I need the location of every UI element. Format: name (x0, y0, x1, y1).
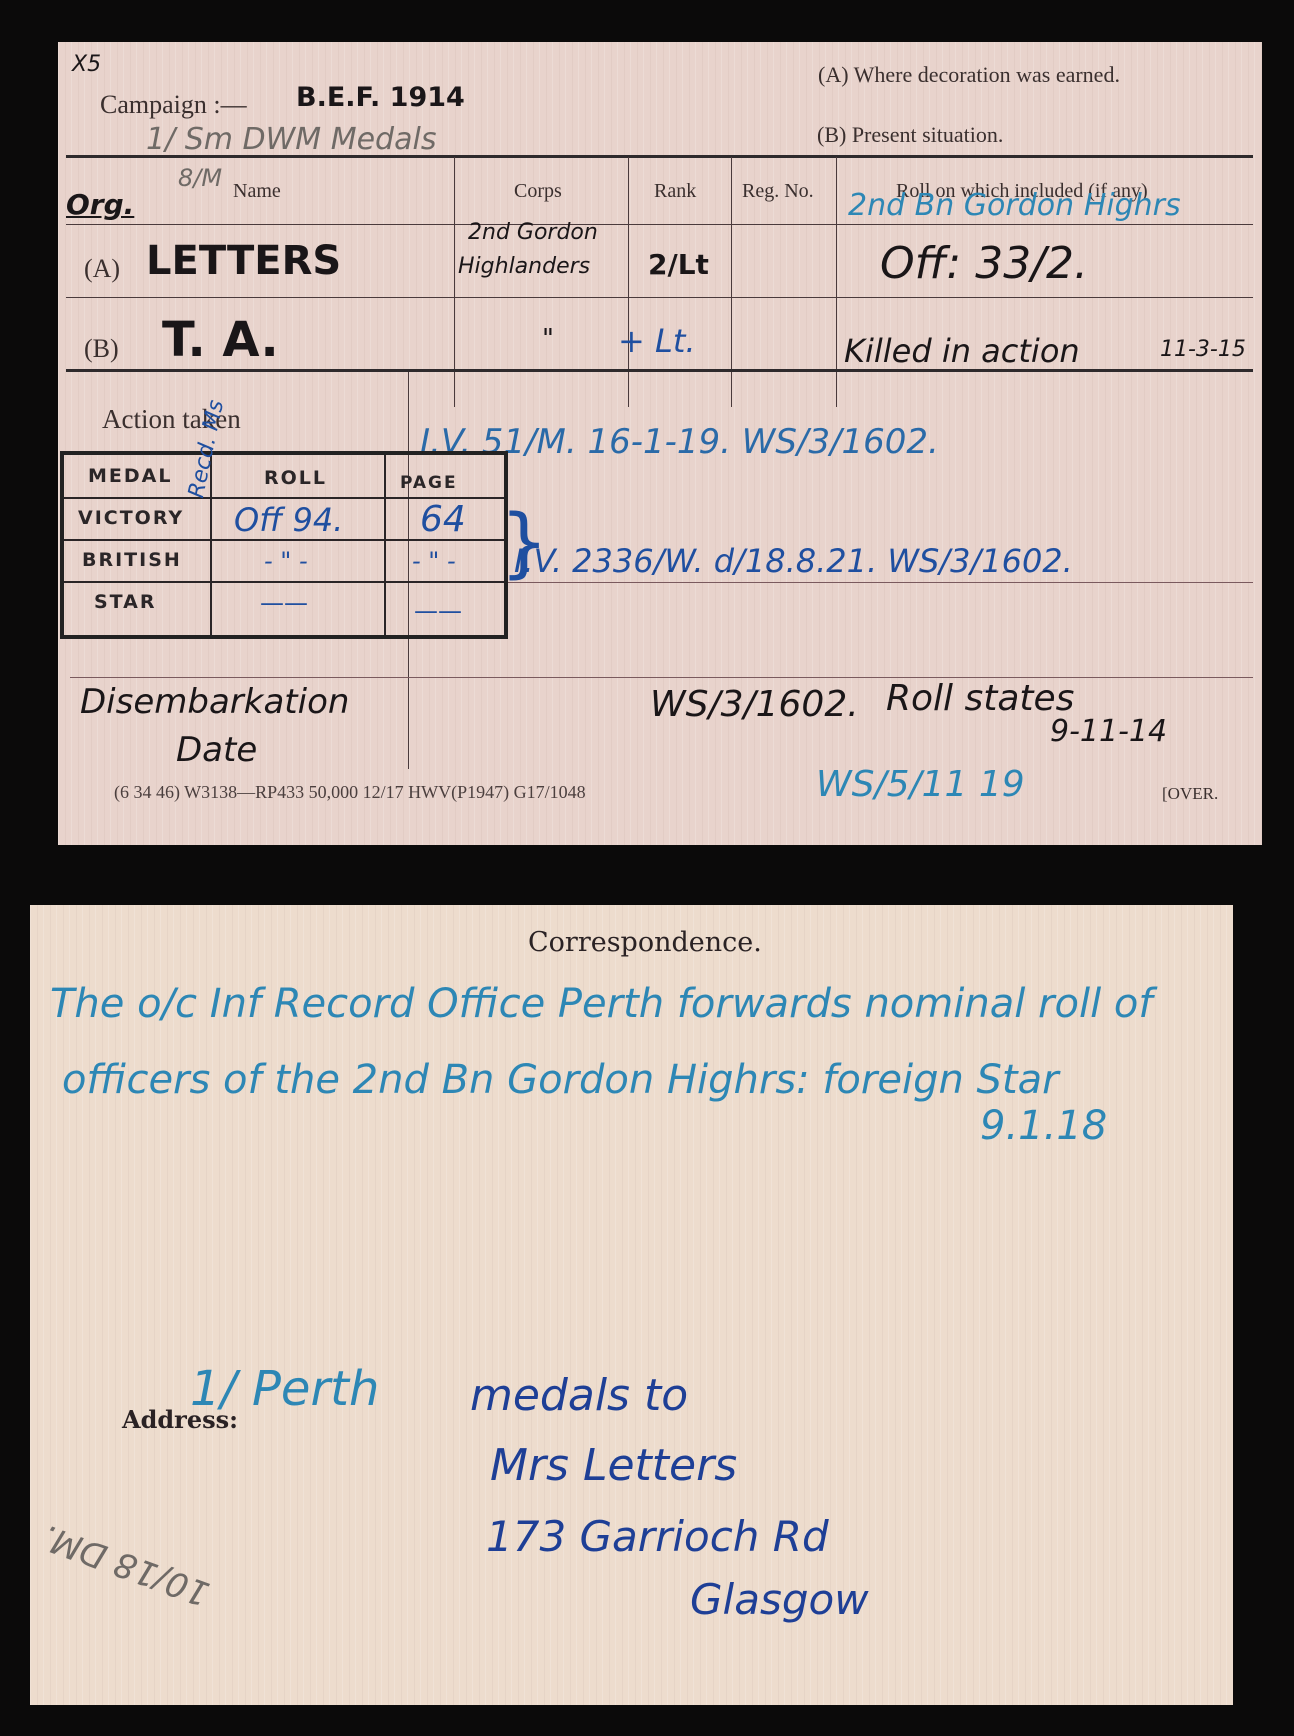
row-a-roll-note: 2nd Bn Gordon Highrs (848, 188, 1181, 223)
header-reg-no: Reg. No. (742, 180, 814, 203)
correspondence-line-2: officers of the 2nd Bn Gordon Highrs: fo… (62, 1057, 1059, 1103)
row-a-rank: 2/Lt (648, 248, 709, 281)
row-a-prefix: (A) (84, 254, 120, 284)
row-b-corps: " (542, 324, 554, 354)
address-line-1: medals to (470, 1370, 688, 1421)
roll-british: - " - (264, 547, 308, 575)
medal-star: STAR (94, 591, 157, 613)
row-a-corps-line2: Highlanders (458, 254, 590, 279)
print-line: (6 34 46) W3138—RP433 50,000 12/17 HWV(P… (114, 782, 586, 803)
address-line-4: Glasgow (690, 1575, 869, 1624)
address-perth: 1/ Perth (190, 1361, 379, 1417)
corner-note: 10/18 DM. (36, 1516, 214, 1613)
row-b-rank: + Lt. (618, 322, 696, 360)
row-b-name: T. A. (162, 312, 279, 368)
legend-where-earned: (A) Where decoration was earned. (818, 62, 1120, 88)
address-line-2: Mrs Letters (490, 1440, 737, 1491)
correspondence-title: Correspondence. (528, 927, 762, 958)
medal-victory: VICTORY (78, 507, 184, 529)
legend-present-situation: (B) Present situation. (817, 122, 1003, 148)
corner-mark: X5 (72, 52, 101, 77)
row-a-name: LETTERS (146, 238, 341, 284)
divider (66, 155, 1253, 158)
disembarkation-date: 9-11-14 (1050, 714, 1167, 749)
divider (66, 224, 1253, 225)
row-a-roll: Off: 33/2. (880, 238, 1088, 289)
correspondence-date: 9.1.18 (980, 1103, 1107, 1149)
medal-index-card-back: Correspondence. The o/c Inf Record Offic… (30, 905, 1233, 1705)
medal-header-medal: MEDAL (88, 465, 172, 487)
action-entry-2: I.V. 2336/W. d/18.8.21. WS/3/1602. (514, 542, 1073, 580)
medal-british: BRITISH (82, 549, 182, 571)
divider (66, 297, 1253, 298)
medal-header-page: PAGE (400, 473, 458, 493)
campaign-value: B.E.F. 1914 (296, 82, 465, 113)
disembarkation-label: Disembarkation (80, 682, 349, 722)
row-b-situation: Killed in action (844, 332, 1080, 370)
address-line-3: 173 Garrioch Rd (486, 1512, 829, 1561)
medal-index-card-front: X5 Campaign :— B.E.F. 1914 1/ Sm DWM Med… (58, 42, 1262, 845)
header-corps: Corps (514, 180, 562, 203)
roll-victory: Off 94. (234, 501, 343, 539)
row-b-situation-date: 11-3-15 (1160, 337, 1246, 362)
medal-table: MEDAL ROLL PAGE Recd. Ms VICTORY Off 94.… (60, 451, 508, 639)
print-annotation: WS/5/11 19 (816, 764, 1025, 805)
row-b-prefix: (B) (84, 334, 119, 364)
row-a-corps-line1: 2nd Gordon (468, 220, 598, 245)
disembarkation-ref: WS/3/1602. (650, 684, 859, 725)
roll-star: —— (260, 589, 308, 617)
disembarkation-note: Roll states (886, 678, 1074, 719)
name-annotation: 8/M (178, 164, 222, 192)
header-name: Name (233, 180, 281, 203)
disembarkation-date-label: Date (176, 730, 257, 770)
divider (66, 369, 1253, 372)
correspondence-line-1: The o/c Inf Record Office Perth forwards… (50, 981, 1152, 1027)
campaign-note: 1/ Sm DWM Medals (146, 122, 436, 157)
medal-header-roll: ROLL (264, 467, 327, 489)
campaign-label: Campaign :— (100, 90, 247, 120)
header-rank: Rank (654, 180, 696, 203)
divider (70, 677, 1253, 678)
page-star: —— (414, 597, 462, 625)
page-british: - " - (412, 547, 456, 575)
page-victory: 64 (420, 499, 466, 540)
over-label: [OVER. (1162, 784, 1218, 804)
org-note: Org. (66, 188, 134, 221)
